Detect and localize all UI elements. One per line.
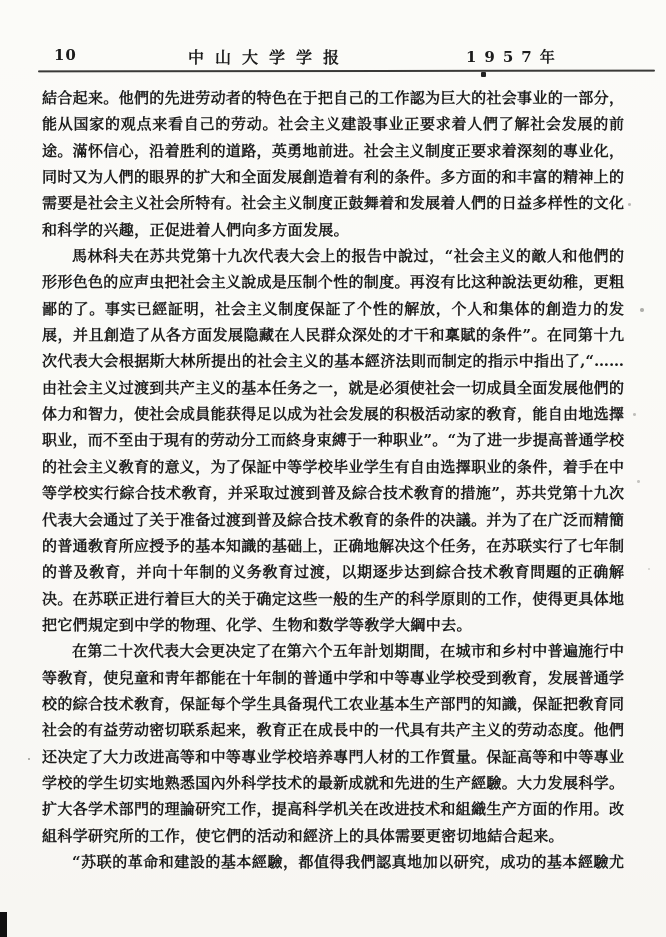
text-line: 的普通敎育所应授予的基本知識的基础上，正确地解决这个任务，在苏联实行了七年制: [42, 533, 624, 559]
text-line: 在第二十次代表大会更决定了在第六个五年計划期間，在城市和乡村中普遍施行中: [42, 638, 624, 664]
text-line: 馬林科夫在苏共党第十九次代表大会上的报告中說过，“社会主义的敵人和他們的: [42, 243, 624, 269]
text-line: 社会的有益劳动密切联系起来，敎育正在成長中的一代具有共产主义的劳动态度。他們: [42, 717, 624, 743]
text-line: 职业，而不至由于現有的劳动分工而終身束縛于一种职业”。“为了进一步提高普通学校: [42, 427, 624, 453]
text-line: 代表大会通过了关于准备过渡到普及綜合技术敎育的条件的决議。并为了在广泛而精簡: [42, 507, 624, 533]
text-line: 結合起来。他們的先进劳动者的特色在于把自己的工作認为巨大的社会事业的一部分，: [42, 85, 624, 111]
text-line: 展，并且創造了从各方面发展隐藏在人民群众深处的才干和稟賦的条件”。在同第十九: [42, 322, 624, 348]
text-line: 和科学的兴趣，正促进着人們向多方面发展。: [42, 217, 624, 243]
text-line: 还决定了大力改进高等和中等專业学校培养專門人材的工作質量。保証高等和中等專业: [42, 744, 624, 770]
text-line: 組科学研究所的工作，使它們的活动和經济上的具体需要更密切地結合起来。: [42, 823, 624, 849]
scan-speck: [633, 413, 636, 416]
text-line: 能从国家的观点来看自己的劳动。社会主义建設事业正要求着人們了解社会发展的前: [42, 111, 624, 137]
journal-title: 中山大学学报: [188, 45, 350, 68]
text-line: 学校的学生切实地熟悉国內外科学技术的最新成就和先进的生产經驗。大力发展科学。: [42, 770, 624, 796]
text-line: 途。滿怀信心，沿着胜利的道路，英勇地前进。社会主义制度正要求着深刻的專业化，: [42, 138, 624, 164]
text-line: 校的綜合技术敎育，保証每个学生具备現代工农业基本生产部門的知識，保証把敎育同: [42, 691, 624, 717]
page-number: 10: [54, 46, 77, 64]
scan-speck: [28, 758, 30, 760]
text-line: 形形色色的应声虫把社会主义說成是压制个性的制度。再沒有比这种說法更幼稚，更粗: [42, 269, 624, 295]
text-line: 鄙的了。事实已經証明，社会主义制度保証了个性的解放，个人和集体的創造力的发: [42, 296, 624, 322]
body-text: 結合起来。他們的先进劳动者的特色在于把自己的工作認为巨大的社会事业的一部分，能从…: [42, 85, 624, 875]
text-line: “苏联的革命和建設的基本經驗，都值得我們認真地加以研究，成功的基本經驗尤: [42, 849, 624, 875]
text-line: 次代表大会根据斯大林所提出的社会主义的基本經济法則而制定的指示中指出了,“……: [42, 348, 624, 374]
text-line: 同时又为人們的眼界的扩大和全面发展創造着有利的条件。多方面的和丰富的精神上的: [42, 164, 624, 190]
text-line: 的普及敎育，并向十年制的义务敎育过渡，以期逐步达到綜合技术敎育問題的正确解: [42, 559, 624, 585]
scan-speck: [640, 308, 644, 312]
text-line: 等学校实行綜合技术敎育，并采取过渡到普及綜合技术敎育的措施”，苏共党第十九次: [42, 480, 624, 506]
text-line: 体力和智力，使社会成員能获得足以成为社会发展的积极活动家的敎育，能自由地选擇: [42, 401, 624, 427]
text-line: 由社会主义过渡到共产主义的基本任务之一，就是必須使社会一切成員全面发展他們的: [42, 375, 624, 401]
ink-speck: [481, 72, 486, 77]
scan-speck: [628, 203, 631, 206]
journal-year: 1957年: [466, 46, 563, 67]
text-line: 的社会主义敎育的意义，为了保証中等学校毕业学生有自由选擇职业的条件，着手在中: [42, 454, 624, 480]
scan-artifact-strip: [0, 912, 7, 937]
text-line: 需要是社会主义社会所特有。社会主义制度正鼓舞着和发展着人們的日益多样性的文化: [42, 190, 624, 216]
scan-speck: [648, 568, 650, 570]
text-line: 等敎育，使兒童和靑年都能在十年制的普通中学和中等專业学校受到敎育，发展普通学: [42, 665, 624, 691]
header-divider-rule: [38, 70, 655, 73]
text-line: 扩大各学术部門的理論研究工作，提高科学机关在改进技术和組織生产方面的作用。改: [42, 796, 624, 822]
text-line: 把它們規定到中学的物理、化学、生物和数学等敎学大綱中去。: [42, 612, 624, 638]
text-line: 决。在苏联正进行着巨大的关于确定这些一般的生产的科学原則的工作，使得更具体地: [42, 586, 624, 612]
scanned-journal-page: 10 中山大学学报 1957年 結合起来。他們的先进劳动者的特色在于把自己的工作…: [0, 0, 666, 937]
scan-speck: [637, 480, 640, 483]
